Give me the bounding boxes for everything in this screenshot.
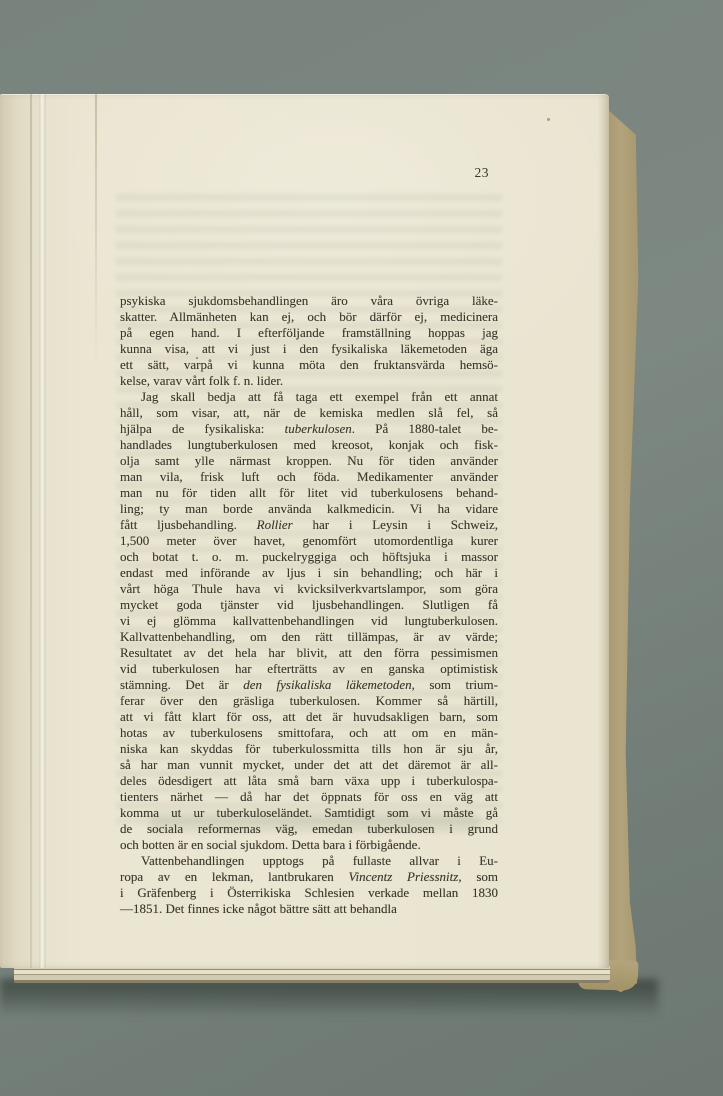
text-line: tienters närhet — då har det öppnats för… bbox=[120, 789, 498, 805]
text-line: mycket goda tjänster vid ljusbehandlinge… bbox=[120, 597, 498, 613]
text-line: hotas av tuberkulosens smittofara, och a… bbox=[120, 725, 498, 741]
text-line: Vattenbehandlingen upptogs på fullaste a… bbox=[120, 853, 498, 869]
text-line: man nu för tiden allt för litet vid tube… bbox=[120, 485, 498, 501]
text-line: —1851. Det finnes icke något bättre sätt… bbox=[120, 901, 498, 917]
text-line: ett sätt, varpå vi kunna möta den frukta… bbox=[120, 357, 498, 373]
binding-crease-highlight bbox=[39, 94, 46, 968]
book-shadow bbox=[0, 979, 658, 1017]
text-block: psykiska sjukdomsbehandlingen äro våra ö… bbox=[120, 293, 498, 917]
scan-photo: 23 psykiska sjukdomsbehandlingen äro vår… bbox=[0, 0, 723, 1096]
text-line: Kallvattenbehandling, om den rätt tilläm… bbox=[120, 629, 498, 645]
text-line: hjälpa de fysikaliska: tuberkulosen. På … bbox=[120, 421, 498, 437]
text-line: ling; ty man borde använda kalkmedicin. … bbox=[120, 501, 498, 517]
text-line: komma ut ur tuberkuloseländet. Samtidigt… bbox=[120, 805, 498, 821]
text-line: och botten är en social sjukdom. Detta b… bbox=[120, 837, 498, 853]
text-line: kelse, varav vårt folk f. n. lider. bbox=[120, 373, 498, 389]
text-line: psykiska sjukdomsbehandlingen äro våra ö… bbox=[120, 293, 498, 309]
text-line: deles ödesdigert att låta små barn växa … bbox=[120, 773, 498, 789]
text-line: ropa av en lekman, lantbrukaren Vincentz… bbox=[120, 869, 498, 885]
text-line: vid tuberkulosen har efterträtts av en g… bbox=[120, 661, 498, 677]
page-right-shade bbox=[597, 94, 609, 968]
book-page: 23 psykiska sjukdomsbehandlingen äro vår… bbox=[0, 94, 609, 968]
text-line: 1,500 meter över havet, genomfört utomor… bbox=[120, 533, 498, 549]
text-line: Jag skall bedja att få taga ett exempel … bbox=[120, 389, 498, 405]
text-line: att vi fått klart för oss, att det är hu… bbox=[120, 709, 498, 725]
text-line: på egen hand. I efterföljande framställn… bbox=[120, 325, 498, 341]
text-line: man vila, frisk luft och föda. Medikamen… bbox=[120, 469, 498, 485]
text-line: och botat t. o. m. puckelryggiga och höf… bbox=[120, 549, 498, 565]
text-line: stämning. Det är den fysikaliska läkemet… bbox=[120, 677, 498, 693]
text-line: ferar över den gräsliga tuberkulosen. Ko… bbox=[120, 693, 498, 709]
page-number: 23 bbox=[120, 165, 489, 181]
dust-speck bbox=[547, 118, 550, 121]
page-stack-edge-bottom bbox=[14, 966, 610, 983]
text-line: de sociala reformernas väg, emedan tuber… bbox=[120, 821, 498, 837]
text-line: vårt höga Thule hava vi kvicksilverkvart… bbox=[120, 581, 498, 597]
hinge-edge bbox=[95, 94, 97, 374]
text-line: niska kan skyddas för tuberkulossmitta t… bbox=[120, 741, 498, 757]
text-line: skatter. Allmänheten kan ej, och bör där… bbox=[120, 309, 498, 325]
text-line: handlades lungtuberkulosen med kreosot, … bbox=[120, 437, 498, 453]
text-line: fått ljusbehandling. Rollier har i Leysi… bbox=[120, 517, 498, 533]
text-line: så har man vunnit mycket, under det att … bbox=[120, 757, 498, 773]
text-line: kunna visa, att vi just i den fysikalisk… bbox=[120, 341, 498, 357]
text-line: Resultatet av det hela har blivit, att d… bbox=[120, 645, 498, 661]
text-line: olja samt ylle närmast kroppen. Nu för t… bbox=[120, 453, 498, 469]
text-line: endast med införande av ljus i sin behan… bbox=[120, 565, 498, 581]
text-line: i Gräfenberg i Österrikiska Schlesien ve… bbox=[120, 885, 498, 901]
text-line: vi ej glömma kallvattenbehandlingen vid … bbox=[120, 613, 498, 629]
text-line: håll, som visar, att, när de kemiska med… bbox=[120, 405, 498, 421]
binding-crease-dark bbox=[30, 94, 32, 968]
